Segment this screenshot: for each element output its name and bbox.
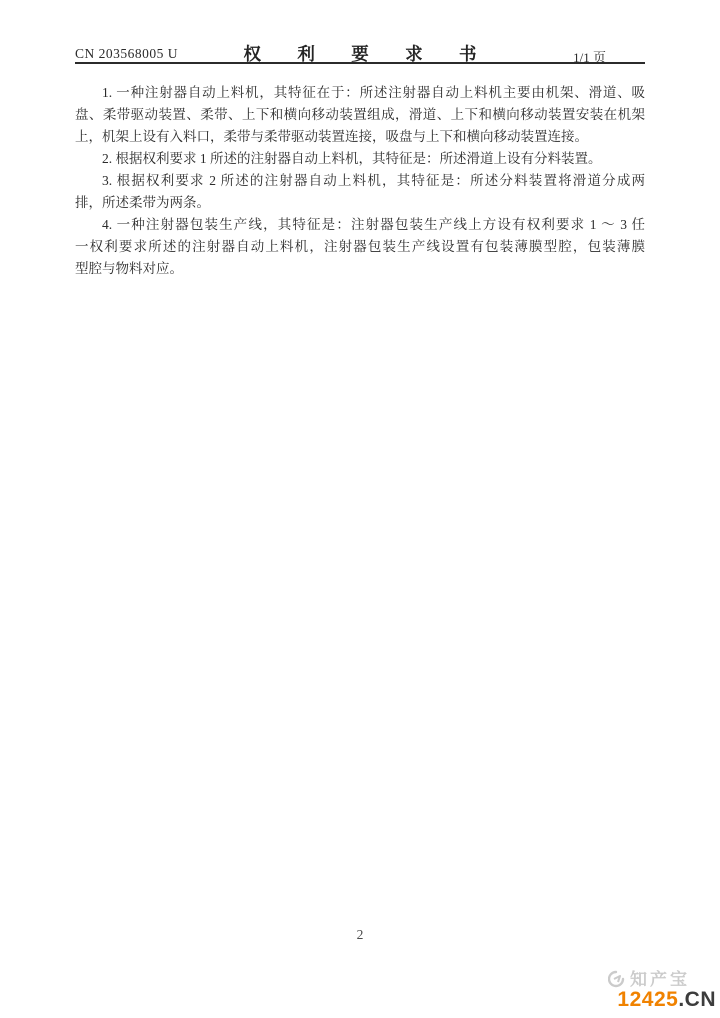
claim-1-line: 1. 一种注射器自动上料机，其特征在于：所述注射器自动上料机主要由机架、滑道、吸 bbox=[75, 82, 645, 104]
claim-3-line: 排，所述柔带为两条。 bbox=[75, 192, 645, 214]
watermark: 知产宝 12425.CN bbox=[608, 970, 716, 1010]
watermark-site: 12425.CN bbox=[608, 989, 716, 1010]
claim-4-line: 型腔与物料对应。 bbox=[75, 258, 645, 280]
claim-4-line: 一权利要求所述的注射器自动上料机，注射器包装生产线设置有包装薄膜型腔，包装薄膜 bbox=[75, 236, 645, 258]
watermark-logo-row: 知产宝 bbox=[608, 970, 690, 988]
claims-body: 1. 一种注射器自动上料机，其特征在于：所述注射器自动上料机主要由机架、滑道、吸… bbox=[75, 82, 645, 280]
claim-1-line: 上，机架上设有入料口，柔带与柔带驱动装置连接，吸盘与上下和横向移动装置连接。 bbox=[75, 126, 645, 148]
patent-claims-page: CN 203568005 U 权 利 要 求 书 1/1 页 1. 一种注射器自… bbox=[0, 0, 720, 1018]
page-number: 2 bbox=[0, 927, 720, 943]
watermark-site-number: 12425 bbox=[617, 988, 678, 1011]
header-rule bbox=[75, 62, 645, 64]
claim-1-line: 盘、柔带驱动装置、柔带、上下和横向移动装置组成，滑道、上下和横向移动装置安装在机… bbox=[75, 104, 645, 126]
claim-2-line: 2. 根据权利要求 1 所述的注射器自动上料机，其特征是：所述滑道上设有分料装置… bbox=[75, 148, 645, 170]
watermark-logo-text: 知产宝 bbox=[630, 971, 690, 988]
claim-4-line: 4. 一种注射器包装生产线，其特征是：注射器包装生产线上方设有权利要求 1 ～ … bbox=[75, 214, 645, 236]
watermark-site-tld: .CN bbox=[678, 988, 716, 1011]
watermark-logo-icon bbox=[608, 970, 626, 988]
claim-3-line: 3. 根据权利要求 2 所述的注射器自动上料机，其特征是：所述分料装置将滑道分成… bbox=[75, 170, 645, 192]
